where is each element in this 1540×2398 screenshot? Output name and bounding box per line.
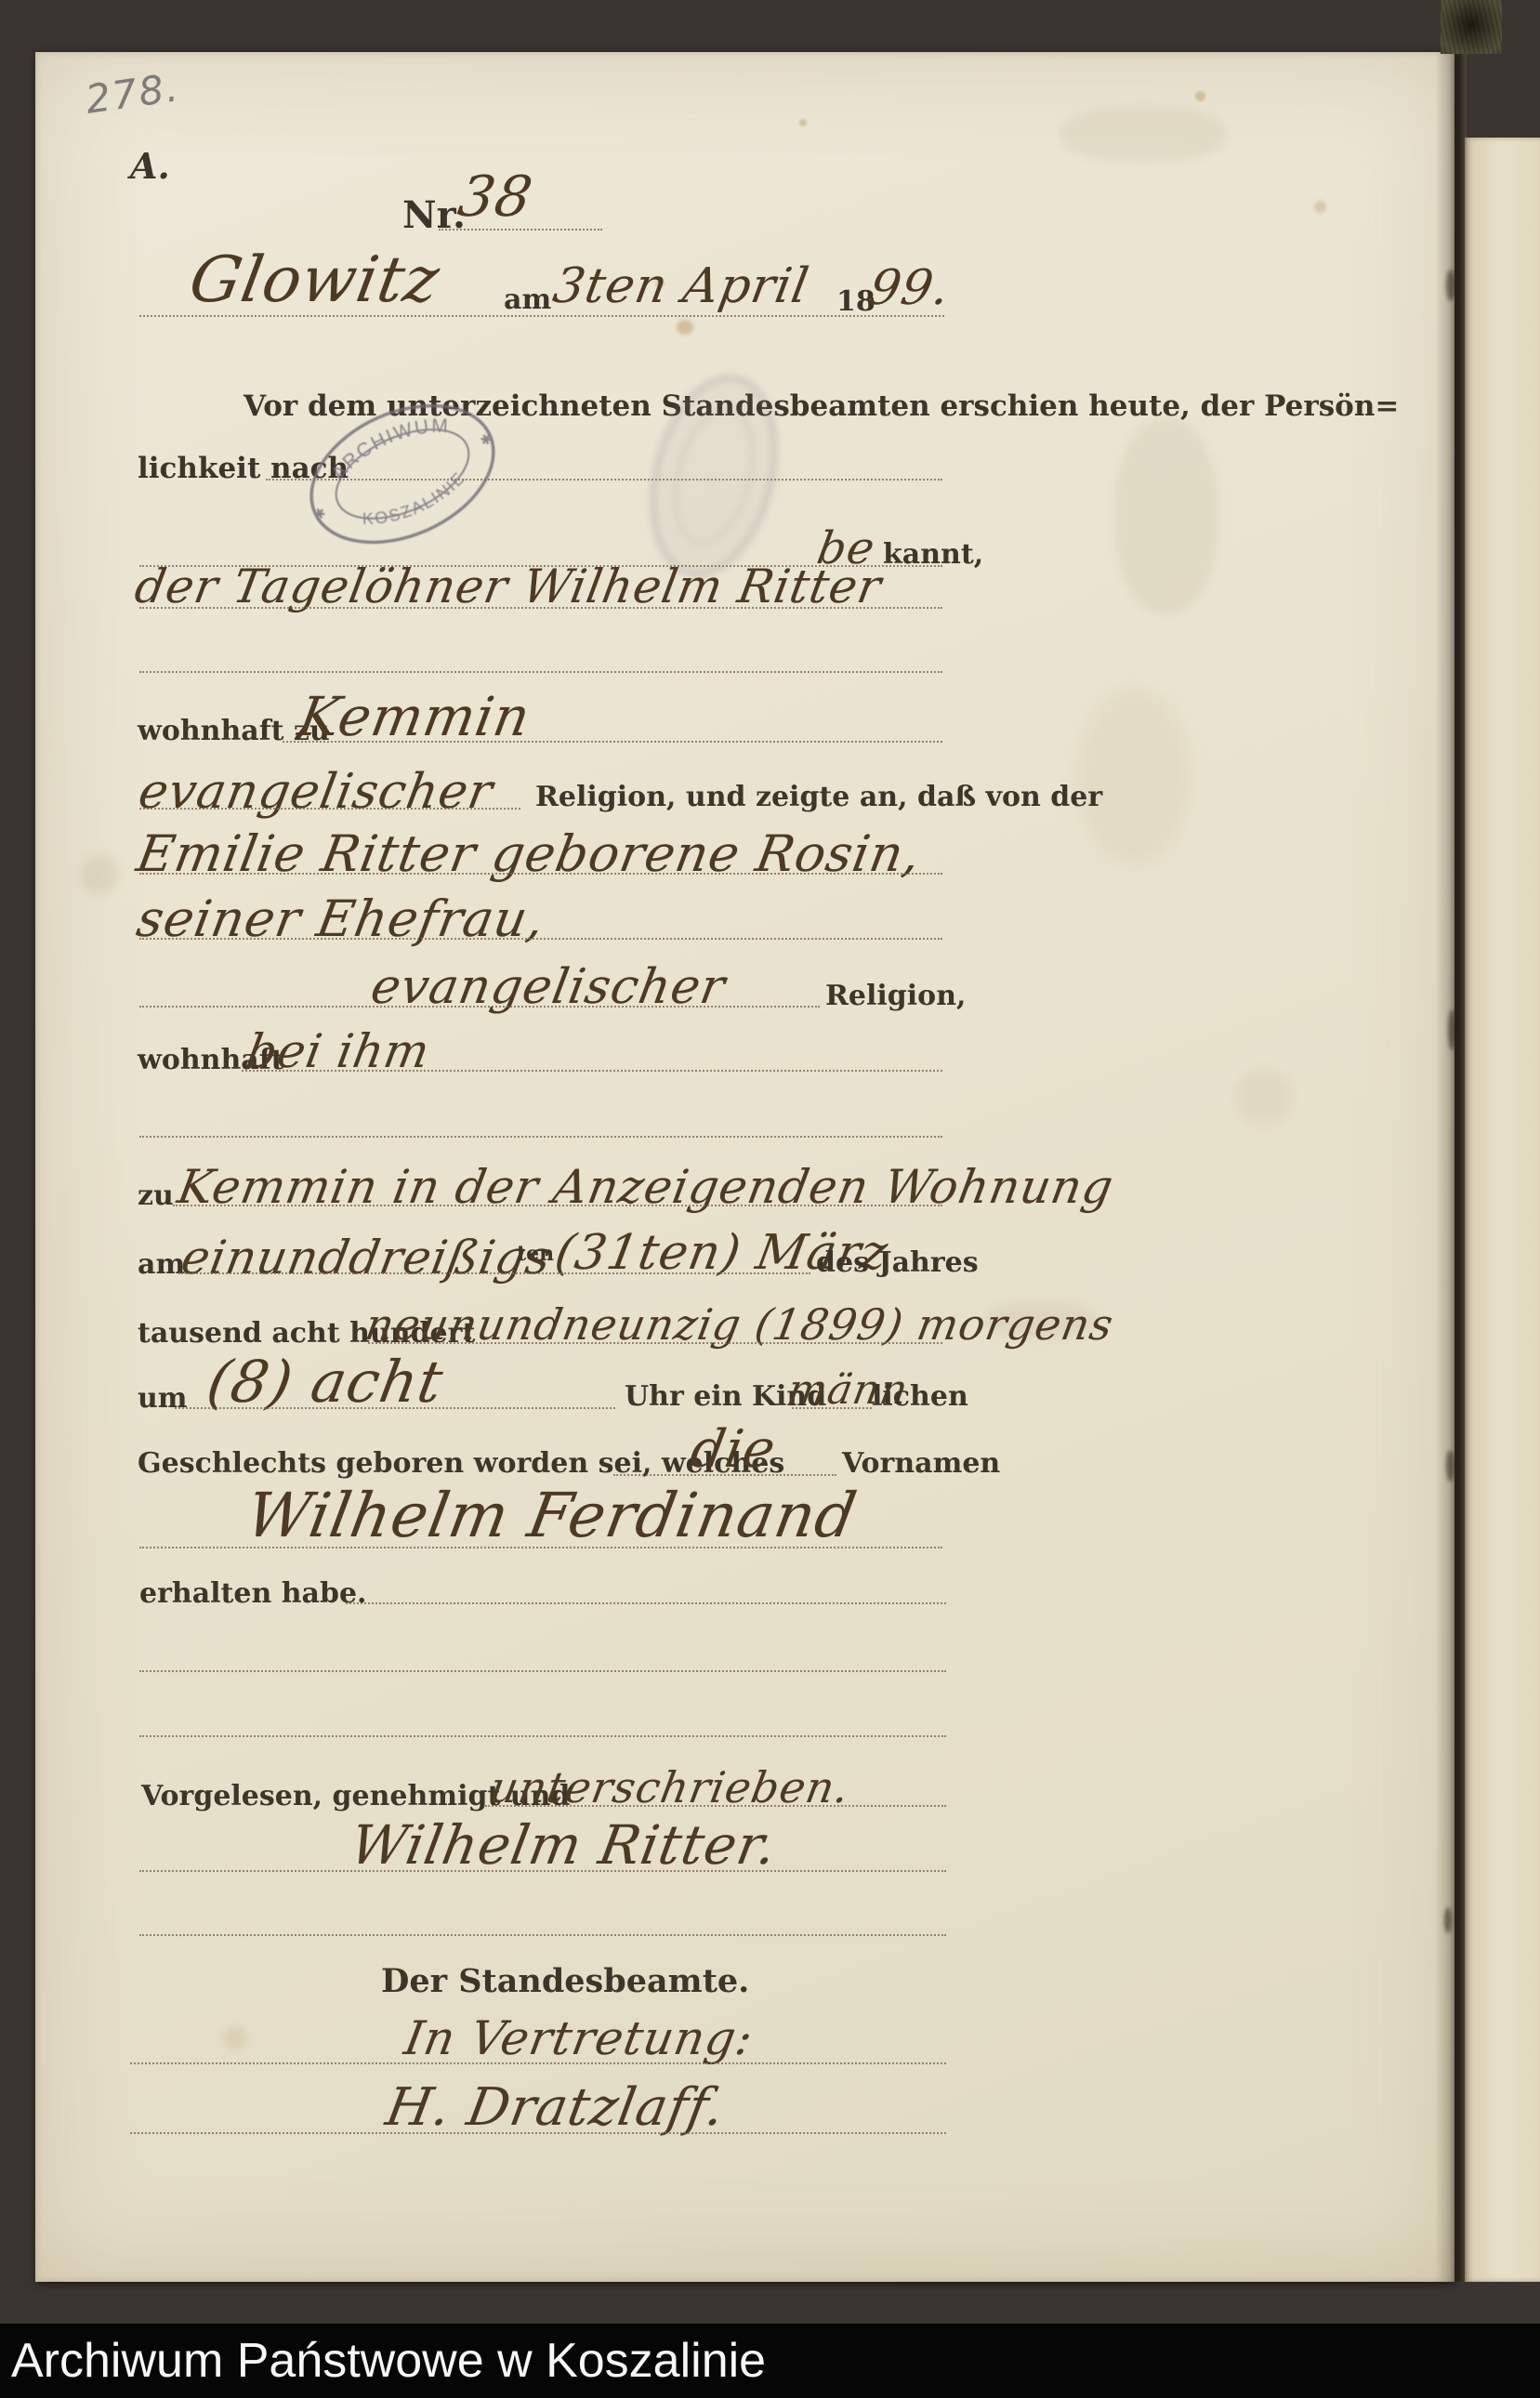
gutter-stain xyxy=(1446,1450,1454,1482)
gutter-stain xyxy=(1446,270,1455,301)
page-fold-shadow xyxy=(1435,52,1467,2282)
mother-relation: seiner Ehefrau, xyxy=(133,894,548,944)
dotted-rule xyxy=(130,2062,946,2064)
foxing-spot xyxy=(223,2026,247,2050)
dotted-rule xyxy=(613,1474,836,1476)
ink-bleedthrough xyxy=(1060,107,1227,163)
dotted-rule xyxy=(283,741,942,743)
foxing-patch xyxy=(1078,688,1190,864)
dotted-rule xyxy=(178,1272,810,1274)
gutter-stain xyxy=(1444,1907,1452,1933)
foxing-patch xyxy=(80,855,119,894)
adjacent-page-edge xyxy=(1465,138,1540,2282)
declarant-residence: Kemmin xyxy=(295,690,534,744)
mother-residence: bei ihm xyxy=(244,1028,434,1074)
registrar-signature: H. Dratzlaff. xyxy=(382,2082,729,2134)
foxing-spot xyxy=(1195,91,1205,101)
stamp-ornament-left: ✱ xyxy=(311,504,329,524)
article-die: die xyxy=(687,1424,780,1476)
dotted-rule xyxy=(139,1547,942,1548)
archive-name-label: Archiwum Państwowe w Koszalinie xyxy=(11,2324,766,2398)
dotted-rule xyxy=(139,1870,946,1872)
dotted-rule xyxy=(368,1342,942,1344)
dotted-rule xyxy=(139,607,942,609)
dotted-rule xyxy=(792,1407,872,1409)
dotted-rule xyxy=(139,1006,820,1008)
printed-am: am xyxy=(504,286,551,314)
label-vornamen: Vornamen xyxy=(842,1450,1000,1478)
label-zu: zu xyxy=(138,1182,174,1210)
dotted-rule xyxy=(139,808,520,810)
dotted-rule xyxy=(139,873,942,875)
closing-handwritten: unterschrieben. xyxy=(487,1766,853,1809)
label-des-jahres: des Jahres xyxy=(816,1249,979,1277)
footer-bar: Archiwum Państwowe w Koszalinie xyxy=(0,2324,1540,2398)
label-ten: ten xyxy=(517,1244,554,1264)
dotted-rule xyxy=(485,1805,946,1807)
dotted-rule xyxy=(346,1602,946,1604)
mother-religion: evangelischer xyxy=(367,963,729,1011)
form-letter-a: A. xyxy=(130,149,170,184)
dotted-rule xyxy=(139,671,942,673)
ink-bleedthrough xyxy=(1115,418,1218,613)
dotted-rule xyxy=(139,315,944,317)
binding-cloth xyxy=(1441,0,1502,54)
label-am: am xyxy=(138,1251,185,1279)
label-religion-anzeige: Religion, und zeigte an, daß von der xyxy=(535,784,1102,811)
record-date: 3ten April xyxy=(549,262,812,310)
record-number-value: 38 xyxy=(454,169,537,225)
foxing-patch xyxy=(1236,1069,1292,1125)
label-religion2: Religion, xyxy=(825,982,966,1010)
declarant-signature: Wilhelm Ritter. xyxy=(347,1818,782,1872)
stamp-text-bottom: KOSZALINIE xyxy=(356,465,475,539)
declarant-name-line: der Tagelöhner Wilhelm Ritter xyxy=(132,563,886,610)
svg-text:KOSZALINIE: KOSZALINIE xyxy=(356,465,475,539)
foxing-spot xyxy=(677,320,693,335)
handwritten-year: 99. xyxy=(865,264,954,312)
dotted-rule xyxy=(139,1735,946,1737)
registrar-title: Der Standesbeamte. xyxy=(381,1965,749,1997)
birth-place: Kemmin in der Anzeigenden Wohnung xyxy=(175,1164,1117,1210)
mother-name: Emilie Ritter geborene Rosin, xyxy=(133,829,925,879)
child-given-names: Wilhelm Ferdinand xyxy=(242,1485,862,1547)
deputy-note: In Vertretung: xyxy=(401,2015,757,2062)
dotted-rule xyxy=(139,1934,946,1936)
dotted-rule xyxy=(130,2132,946,2134)
label-lichen: lichen xyxy=(872,1383,968,1411)
foxing-spot xyxy=(1314,201,1326,213)
dotted-rule xyxy=(139,1136,942,1138)
dotted-rule xyxy=(439,229,602,231)
dotted-rule xyxy=(139,1670,946,1672)
label-erhalten-habe: erhalten habe. xyxy=(139,1580,367,1608)
dotted-rule xyxy=(175,1407,615,1409)
dotted-rule xyxy=(173,1205,942,1206)
record-place: Glowitz xyxy=(185,249,444,312)
scanned-register-page: 278. A. Nr. 38 Glowitz am 3ten April 18 … xyxy=(0,0,1540,2398)
birth-year-words: neunundneunzig (1899) morgens xyxy=(362,1303,1117,1346)
dotted-rule xyxy=(242,1070,942,1072)
gutter-stain xyxy=(1448,1009,1456,1050)
foxing-spot xyxy=(799,119,807,126)
birth-hour: (8) acht xyxy=(204,1353,448,1411)
dotted-rule xyxy=(139,938,942,940)
